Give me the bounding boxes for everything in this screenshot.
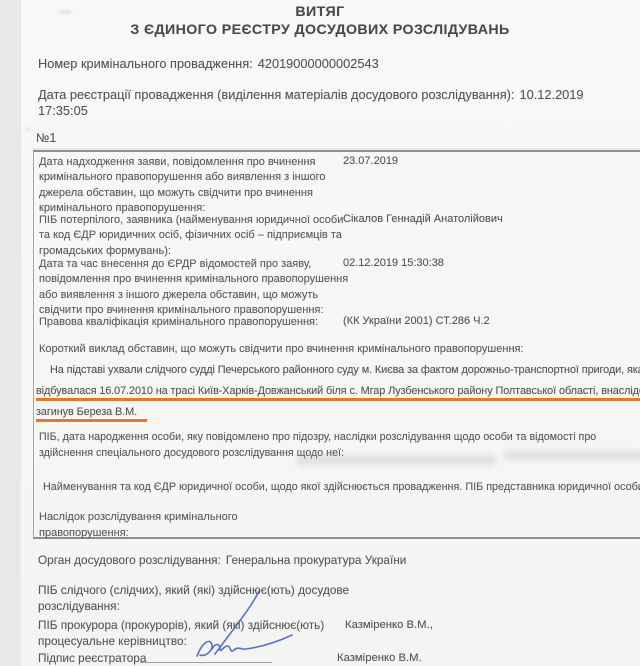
case-number-value: 42019000000002543 xyxy=(258,56,379,71)
registrar-signature-label: Підпис реєстратора xyxy=(38,650,146,666)
summary-line-2: відбувалася 16.07.2010 на трасі Київ-Хар… xyxy=(36,385,640,401)
page-title-line1: ВИТЯГ xyxy=(40,4,600,22)
prosecutor-name: Казміренко В.М., xyxy=(345,619,433,631)
row-label: Дата та час внесення до ЄРДР відомостей … xyxy=(39,257,357,318)
investigation-body-line: Орган досудового розслідування:Генеральн… xyxy=(38,552,406,568)
investigation-body-label: Орган досудового розслідування: xyxy=(38,553,221,567)
scanned-document: ВИТЯГ З ЄДИНОГО РЕЄСТРУ ДОСУДОВИХ РОЗСЛІ… xyxy=(0,0,640,666)
redaction-smudge xyxy=(296,455,496,465)
highlighted-text: загинув Береза В.М. xyxy=(36,406,147,422)
legal-entity-label: Найменування та код ЄДР юридичної особи,… xyxy=(43,479,633,495)
record-number: №1 xyxy=(36,131,56,145)
table-row-victim: ПІБ потерпілого, заявника (найменування … xyxy=(39,213,640,259)
table-row-qualification: Правова кваліфікація кримінального право… xyxy=(39,315,640,330)
scan-artifact xyxy=(25,128,31,131)
register-table: Дата надходження заяви, повідомлення про… xyxy=(33,150,640,539)
row-label: Дата надходження заяви, повідомлення про… xyxy=(39,155,339,216)
prosecutor-line: ПІБ прокурора (прокурорів), який (які) з… xyxy=(38,617,640,649)
table-row-received-date: Дата надходження заяви, повідомлення про… xyxy=(39,155,640,216)
row-value: Сікалов Геннадій Анатолійович xyxy=(343,213,503,225)
case-number-label: Номер кримінального провадження: xyxy=(38,56,253,71)
page-title-line2: З ЄДИНОГО РЕЄСТРУ ДОСУДОВИХ РОЗСЛІДУВАНЬ xyxy=(40,22,600,40)
registration-label: Дата реєстрації провадження (виділення м… xyxy=(38,87,514,102)
outcome-label: Наслідок розслідування кримінального пра… xyxy=(39,509,271,541)
row-value: 23.07.2019 xyxy=(343,155,398,167)
row-value: 02.12.2019 15:30:38 xyxy=(343,257,444,269)
summary-label: Короткий виклад обставин, що можуть свід… xyxy=(39,343,637,355)
highlighted-text: відбувалася 16.07.2010 на трасі Київ-Хар… xyxy=(36,385,640,401)
registrar-name: Казміренко В.М. xyxy=(337,652,422,664)
page-title: ВИТЯГ З ЄДИНОГО РЕЄСТРУ ДОСУДОВИХ РОЗСЛІ… xyxy=(40,4,600,39)
row-label: ПІБ потерпілого, заявника (найменування … xyxy=(39,213,345,259)
row-label: Правова кваліфікація кримінального право… xyxy=(39,315,341,330)
summary-line-3: загинув Береза В.М. xyxy=(36,406,147,422)
case-number-line: Номер кримінального провадження:42019000… xyxy=(38,56,379,71)
row-value: (КК України 2001) СТ.286 Ч.2 xyxy=(343,315,490,327)
investigation-body-value: Генеральна прокуратура України xyxy=(226,553,407,567)
summary-line-1: На підставі ухвали слідчого судді Печерс… xyxy=(36,364,640,376)
registration-line: Дата реєстрації провадження (виділення м… xyxy=(38,87,622,119)
redaction-smudge xyxy=(504,451,640,460)
table-row-erdr-entry: Дата та час внесення до ЄРДР відомостей … xyxy=(39,257,640,318)
registrar-signature-icon xyxy=(185,588,305,666)
